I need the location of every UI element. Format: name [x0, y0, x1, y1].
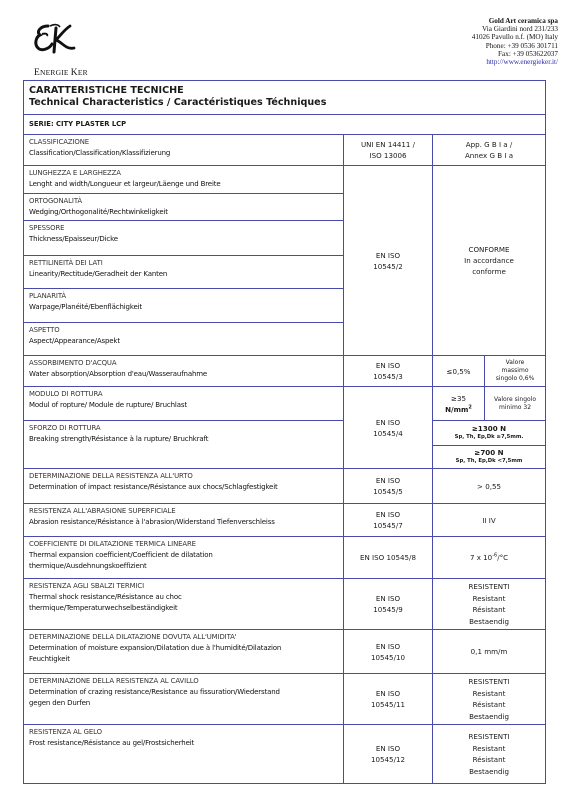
classificazione-norm1-text: UNI EN 14411 /: [349, 139, 427, 150]
sforzo-it-text: SFORZO DI ROTTURA: [29, 423, 338, 434]
table-row: SFORZO DI ROTTURABreaking strength/Résis…: [24, 421, 546, 446]
abrasione-norm2-text: 10545/7: [349, 520, 427, 531]
value-cell: CONFORMEIn accordanceconforme: [433, 166, 546, 356]
norm-cell: EN ISO10545/11: [344, 674, 433, 725]
norm-cell: EN ISO10545/3: [344, 356, 433, 387]
cavillo-val4-text: Bestaendig: [438, 711, 540, 723]
value-cell: App. G B I a /Annex G B I a: [433, 135, 546, 166]
norm-cell: EN ISO10545/10: [344, 630, 433, 674]
dilatazione-termica-it-text: COEFFICIENTE DI DILATAZIONE TERMICA LINE…: [29, 539, 338, 550]
spessore-it-text: SPESSORE: [29, 223, 338, 234]
gelo-en-text: Frost resistance/Résistance au gel/Frost…: [29, 738, 338, 749]
abrasione-en-text: Abrasion resistance/Résistance à l'abras…: [29, 517, 338, 528]
serie-row: SERIE: CITY PLASTER LCP: [24, 115, 546, 135]
dimensional-group-norm2-text: 10545/2: [349, 261, 427, 272]
gelo-val3-text: Résistant: [438, 754, 540, 766]
rettilineita-en-text: Linearity/Rectitude/Geradheit der Kanten: [29, 269, 338, 280]
gelo-val2-text: Resistant: [438, 743, 540, 755]
gelo-norm2-text: 10545/12: [349, 754, 427, 765]
ortogonalita-it-text: ORTOGONALITÀ: [29, 196, 338, 207]
gelo-val1-text: RESISTENTI: [438, 731, 540, 743]
dilatazione-termica-en1-text: Thermal expansion coefficient/Coefficien…: [29, 550, 338, 561]
sforzo-cond-b-text: Sp, Th, Ep,Dk <7,5mm: [438, 457, 540, 466]
assorbimento-norm1-text: EN ISO: [349, 360, 427, 371]
sforzo-val-a-text: ≥1300 N: [438, 424, 540, 433]
modulo-note1-text: Valore singolo: [490, 396, 540, 404]
value-cell: RESISTENTIResistantRésistantBestaendig: [433, 674, 546, 725]
technical-characteristics-table: CARATTERISTICHE TECNICHE Technical Chara…: [23, 80, 546, 784]
norm-cell: EN ISO10545/12: [344, 725, 433, 784]
table-title-row: CARATTERISTICHE TECNICHE Technical Chara…: [24, 81, 546, 115]
property-cell: RESISTENZA AL GELOFrost resistance/Résis…: [24, 725, 344, 784]
aspetto-en-text: Aspect/Appearance/Aspekt: [29, 336, 338, 347]
value-cell: 7 x 10-6/°C: [433, 537, 546, 579]
note-cell: Valoremassimosingolo 0,6%: [485, 356, 546, 387]
umidita-norm2-text: 10545/10: [349, 652, 427, 663]
modulo-val2-text: N/mm: [445, 405, 468, 414]
page-title: CARATTERISTICHE TECNICHE Technical Chara…: [24, 81, 546, 115]
company-address-2: 41026 Pavullo n.f. (MO) Italy: [472, 33, 558, 41]
umidita-en2-text: Feuchtigkeit: [29, 654, 338, 665]
cavillo-val2-text: Resistant: [438, 688, 540, 700]
classificazione-val2-text: Annex G B I a: [438, 150, 540, 161]
property-cell: COEFFICIENTE DI DILATAZIONE TERMICA LINE…: [24, 537, 344, 579]
property-cell: RESISTENZA ALL'ABRASIONE SUPERFICIALEAbr…: [24, 504, 344, 537]
value-cell: ≥700 NSp, Th, Ep,Dk <7,5mm: [433, 446, 546, 469]
modulo-val1-text: ≥35: [438, 393, 479, 404]
abrasione-norm1-text: EN ISO: [349, 509, 427, 520]
property-cell: SPESSOREThickness/Epaisseur/Dicke: [24, 221, 344, 256]
sbalzi-val2-text: Resistant: [438, 593, 540, 605]
table-row: RESISTENZA AGLI SBALZI TERMICIThermal sh…: [24, 579, 546, 630]
cavillo-en2-text: gegen den Durfen: [29, 698, 338, 709]
value-cell: > 0,55: [433, 469, 546, 504]
rettilineita-it-text: RETTILINEITÀ DEI LATI: [29, 258, 338, 269]
property-cell: CLASSIFICAZIONEClassification/Classifica…: [24, 135, 344, 166]
norm-cell: EN ISO 10545/8: [344, 537, 433, 579]
company-website-link[interactable]: http://www.energieker.it/: [472, 58, 558, 66]
property-cell: PLANARITÀWarpage/Planéité/Ebenflächigkei…: [24, 289, 344, 323]
sbalzi-norm1-text: EN ISO: [349, 593, 427, 604]
sbalzi-val1-text: RESISTENTI: [438, 581, 540, 593]
sbalzi-val3-text: Résistant: [438, 604, 540, 616]
dimensional-group-val3-text: conforme: [438, 266, 540, 277]
classificazione-norm2-text: ISO 13006: [349, 150, 427, 161]
company-info: Gold Art ceramica spa Via Giardini nord …: [472, 17, 558, 66]
lunghezza-en-text: Lenght and width/Longueur et largeur/Läe…: [29, 179, 338, 190]
abrasione-val-text: II IV: [438, 515, 540, 526]
company-fax: Fax: +39 053622037: [472, 50, 558, 58]
company-address-1: Via Giardini nord 231/233: [472, 25, 558, 33]
lunghezza-it-text: LUNGHEZZA E LARGHEZZA: [29, 168, 338, 179]
classificazione-it-text: CLASSIFICAZIONE: [29, 137, 338, 148]
sforzo-val-b-text: ≥700 N: [438, 448, 540, 457]
property-cell: ORTOGONALITÀWedging/Orthogonalité/Rechtw…: [24, 194, 344, 221]
gelo-norm1-text: EN ISO: [349, 743, 427, 754]
table-row: COEFFICIENTE DI DILATAZIONE TERMICA LINE…: [24, 537, 546, 579]
property-cell: LUNGHEZZA E LARGHEZZALenght and width/Lo…: [24, 166, 344, 194]
umidita-en1-text: Determination of moisture expansion/Dila…: [29, 643, 338, 654]
cavillo-norm1-text: EN ISO: [349, 688, 427, 699]
sbalzi-en1-text: Thermal shock resistance/Résistance au c…: [29, 592, 338, 603]
dilatazione-termica-norm-text: EN ISO 10545/8: [349, 552, 427, 563]
norm-cell: UNI EN 14411 /ISO 13006: [344, 135, 433, 166]
dimensional-group-val2-text: In accordance: [438, 255, 540, 266]
property-cell: MODULO DI ROTTURAModul of ropture/ Modul…: [24, 387, 344, 421]
brand-name-second-text: K: [71, 68, 78, 78]
aspetto-it-text: ASPETTO: [29, 325, 338, 336]
urto-norm1-text: EN ISO: [349, 475, 427, 486]
sbalzi-val4-text: Bestaendig: [438, 616, 540, 628]
modulo-val-sup-text: 2: [468, 404, 471, 410]
spessore-en-text: Thickness/Epaisseur/Dicke: [29, 234, 338, 245]
property-cell: DETERMINAZIONE DELLA RESISTENZA AL CAVIL…: [24, 674, 344, 725]
dilatazione-termica-en2-text: thermique/Ausdehnungskoeffizient: [29, 561, 338, 572]
table-row: DETERMINAZIONE DELLA RESISTENZA AL CAVIL…: [24, 674, 546, 725]
gelo-it-text: RESISTENZA AL GELO: [29, 727, 338, 738]
assorbimento-norm2-text: 10545/3: [349, 371, 427, 382]
property-cell: SFORZO DI ROTTURABreaking strength/Résis…: [24, 421, 344, 469]
value-cell: RESISTENTIResistantRésistantBestaendig: [433, 725, 546, 784]
company-name: Gold Art ceramica spa: [472, 17, 558, 25]
value-cell: II IV: [433, 504, 546, 537]
brand-name-rest1-text: NERGIE: [40, 68, 69, 77]
cavillo-val3-text: Résistant: [438, 699, 540, 711]
property-cell: ASPETTOAspect/Appearance/Aspekt: [24, 323, 344, 356]
table-row: DETERMINAZIONE DELLA RESISTENZA ALL'URTO…: [24, 469, 546, 504]
cavillo-en1-text: Determination of crazing resistance/Resi…: [29, 687, 338, 698]
table-row: LUNGHEZZA E LARGHEZZALenght and width/Lo…: [24, 166, 546, 194]
title-italian: CARATTERISTICHE TECNICHE: [29, 85, 540, 97]
title-multilingual: Technical Characteristics / Caractéristi…: [29, 97, 540, 109]
value-cell: ≤0,5%: [433, 356, 485, 387]
assorbimento-val-text: ≤0,5%: [438, 366, 479, 377]
dimensional-group-norm1-text: EN ISO: [349, 250, 427, 261]
assorbimento-note1-text: Valore: [490, 359, 540, 367]
umidita-norm1-text: EN ISO: [349, 641, 427, 652]
value-cell: ≥1300 NSp, Th, Ep,Dk ≥7,5mm.: [433, 421, 546, 446]
assorbimento-note3-text: singolo 0,6%: [490, 375, 540, 383]
sbalzi-it-text: RESISTENZA AGLI SBALZI TERMICI: [29, 581, 338, 592]
property-cell: RETTILINEITÀ DEI LATILinearity/Rectitude…: [24, 256, 344, 289]
cavillo-val1-text: RESISTENTI: [438, 676, 540, 688]
urto-it-text: DETERMINAZIONE DELLA RESISTENZA ALL'URTO: [29, 471, 338, 482]
urto-norm2-text: 10545/5: [349, 486, 427, 497]
property-cell: DETERMINAZIONE DELLA DILATAZIONE DOVUTA …: [24, 630, 344, 674]
cavillo-norm2-text: 10545/11: [349, 699, 427, 710]
urto-val-text: > 0,55: [438, 481, 540, 492]
modulo-note2-text: minimo 32: [490, 404, 540, 412]
sforzo-cond-a-text: Sp, Th, Ep,Dk ≥7,5mm.: [438, 433, 540, 442]
energieker-logo-icon: [30, 18, 80, 68]
classificazione-val1-text: App. G B I a /: [438, 139, 540, 150]
note-cell: Valore singolominimo 32: [485, 387, 546, 421]
modulo-it-text: MODULO DI ROTTURA: [29, 389, 338, 400]
rottura-group-norm1-text: EN ISO: [349, 417, 427, 428]
table-row: RESISTENZA ALL'ABRASIONE SUPERFICIALEAbr…: [24, 504, 546, 537]
dilatazione-termica-val-pre-text: 7 x 10: [470, 553, 492, 562]
modulo-en-text: Modul of ropture/ Module de rupture/ Bru…: [29, 400, 338, 411]
sbalzi-norm2-text: 10545/9: [349, 604, 427, 615]
table-row: DETERMINAZIONE DELLA DILATAZIONE DOVUTA …: [24, 630, 546, 674]
brand-name: ENERGIE KER: [34, 68, 88, 78]
value-cell: 0,1 mm/m: [433, 630, 546, 674]
norm-cell: EN ISO10545/5: [344, 469, 433, 504]
classificazione-en-text: Classification/Classification/Klassifizi…: [29, 148, 338, 159]
company-phone: Phone: +39 0536 301711: [472, 42, 558, 50]
umidita-it-text: DETERMINAZIONE DELLA DILATAZIONE DOVUTA …: [29, 632, 338, 643]
norm-cell: EN ISO10545/9: [344, 579, 433, 630]
ortogonalita-en-text: Wedging/Orthogonalité/Rechtwinkeligkeit: [29, 207, 338, 218]
serie-label: SERIE: CITY PLASTER LCP: [24, 115, 546, 135]
norm-cell: EN ISO10545/2: [344, 166, 433, 356]
gelo-val4-text: Bestaendig: [438, 766, 540, 778]
sbalzi-en2-text: thermique/Temperaturwechselbeständigkeit: [29, 603, 338, 614]
table-row: ASSORBIMENTO D'ACQUAWater absorption/Abs…: [24, 356, 546, 387]
property-cell: RESISTENZA AGLI SBALZI TERMICIThermal sh…: [24, 579, 344, 630]
assorbimento-note2-text: massimo: [490, 367, 540, 375]
norm-cell: EN ISO10545/4: [344, 387, 433, 469]
umidita-val-text: 0,1 mm/m: [438, 646, 540, 657]
dimensional-group-val1-text: CONFORME: [438, 244, 540, 255]
value-cell: RESISTENTIResistantRésistantBestaendig: [433, 579, 546, 630]
sforzo-en-text: Breaking strength/Résistance à la ruptur…: [29, 434, 338, 445]
table-row: CLASSIFICAZIONEClassification/Classifica…: [24, 135, 546, 166]
assorbimento-it-text: ASSORBIMENTO D'ACQUA: [29, 358, 338, 369]
table-row: MODULO DI ROTTURAModul of ropture/ Modul…: [24, 387, 546, 421]
planarita-en-text: Warpage/Planéité/Ebenflächigkeit: [29, 302, 338, 313]
norm-cell: EN ISO10545/7: [344, 504, 433, 537]
property-cell: ASSORBIMENTO D'ACQUAWater absorption/Abs…: [24, 356, 344, 387]
dilatazione-termica-val-post-text: /°C: [497, 553, 508, 562]
abrasione-it-text: RESISTENZA ALL'ABRASIONE SUPERFICIALE: [29, 506, 338, 517]
table-row: RESISTENZA AL GELOFrost resistance/Résis…: [24, 725, 546, 784]
rottura-group-norm2-text: 10545/4: [349, 428, 427, 439]
assorbimento-en-text: Water absorption/Absorption d'eau/Wasser…: [29, 369, 338, 380]
value-cell: ≥35N/mm2: [433, 387, 485, 421]
planarita-it-text: PLANARITÀ: [29, 291, 338, 302]
urto-en-text: Determination of impact resistance/Résis…: [29, 482, 338, 493]
property-cell: DETERMINAZIONE DELLA RESISTENZA ALL'URTO…: [24, 469, 344, 504]
brand-name-rest2-text: ER: [78, 68, 88, 77]
cavillo-it-text: DETERMINAZIONE DELLA RESISTENZA AL CAVIL…: [29, 676, 338, 687]
